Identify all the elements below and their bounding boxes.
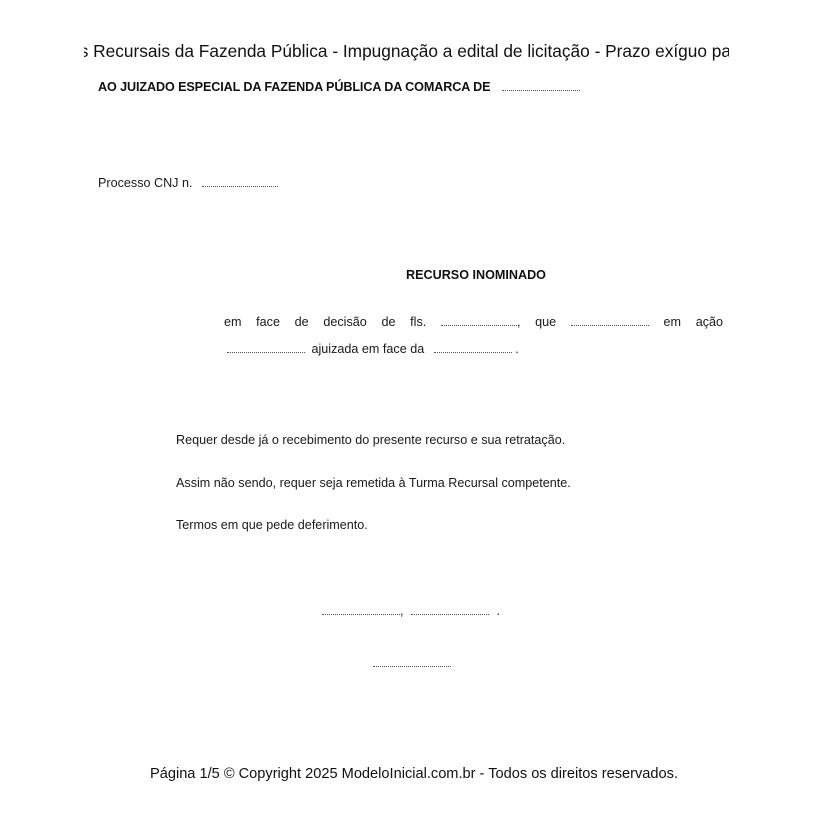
document-title-banner: Turmas Recursais da Fazenda Pública - Im…: [84, 40, 729, 64]
signature-line: [373, 656, 451, 670]
place-blank[interactable]: [322, 604, 400, 615]
intro-paragraph-line2: ajuizada em face da .: [227, 342, 519, 356]
place-date-line: , .: [322, 604, 500, 618]
defendant-blank[interactable]: [434, 342, 512, 353]
paragraph-closing: Termos em que pede deferimento.: [176, 518, 368, 532]
date-blank[interactable]: [411, 604, 489, 615]
place-date-end: .: [497, 604, 501, 618]
intro-text-decision: em face de decisão de fls.: [224, 315, 426, 329]
intro-text-acao: em ação: [664, 315, 724, 329]
fls-blank[interactable]: [441, 315, 517, 326]
place-date-separator: ,: [400, 604, 404, 618]
intro-comma: ,: [517, 315, 521, 329]
page-footer: Página 1/5 © Copyright 2025 ModeloInicia…: [0, 766, 828, 782]
intro-paragraph-line1: em face de decisão de fls. , que em ação: [224, 312, 723, 332]
intro-text-ajuizada: ajuizada em face da: [312, 342, 425, 356]
process-number-blank[interactable]: [202, 176, 278, 187]
addressee-text: AO JUIZADO ESPECIAL DA FAZENDA PÚBLICA D…: [98, 80, 490, 94]
signature-blank[interactable]: [373, 656, 451, 667]
intro-period: .: [515, 342, 519, 356]
addressee-line: AO JUIZADO ESPECIAL DA FAZENDA PÚBLICA D…: [98, 80, 580, 94]
paragraph-request-receipt: Requer desde já o recebimento do present…: [176, 433, 565, 447]
paragraph-request-remittance: Assim não sendo, requer seja remetida à …: [176, 476, 571, 490]
intro-text-que: que: [535, 315, 556, 329]
document-title: Turmas Recursais da Fazenda Pública - Im…: [84, 41, 729, 62]
document-heading: RECURSO INOMINADO: [0, 268, 828, 282]
process-label: Processo CNJ n.: [98, 176, 192, 190]
decision-content-blank[interactable]: [571, 315, 649, 326]
action-type-blank[interactable]: [227, 342, 305, 353]
process-number-line: Processo CNJ n.: [98, 176, 278, 190]
comarca-blank[interactable]: [502, 80, 580, 91]
